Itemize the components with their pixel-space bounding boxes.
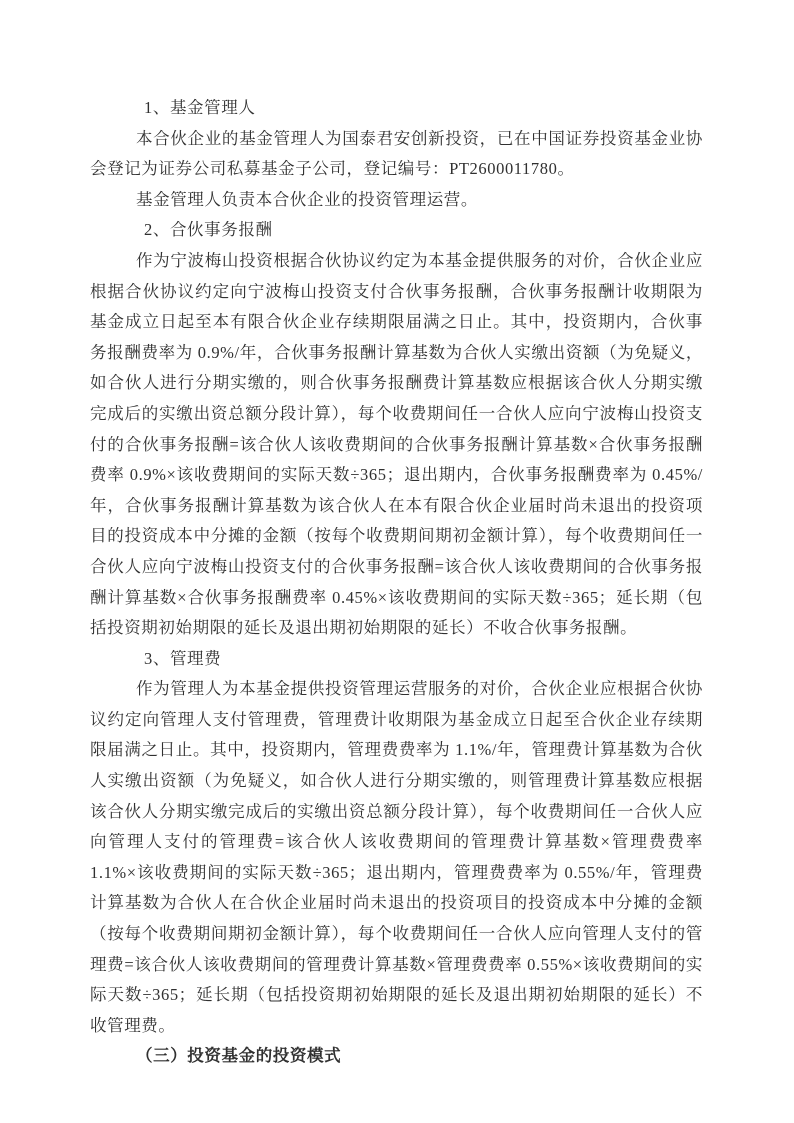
section-heading-management-fee: 3、管理费	[90, 644, 703, 675]
paragraph-partnership-remuneration-terms: 作为宁波梅山投资根据合伙协议约定为本基金提供服务的对价，合伙企业应根据合伙协议约…	[90, 246, 703, 644]
section-heading-investment-model: （三）投资基金的投资模式	[90, 1041, 703, 1072]
paragraph-management-fee-terms: 作为管理人为本基金提供投资管理运营服务的对价，合伙企业应根据合伙协议约定向管理人…	[90, 674, 703, 1041]
section-heading-fund-manager: 1、基金管理人	[90, 93, 703, 124]
paragraph-fund-manager-responsibility: 基金管理人负责本合伙企业的投资管理运营。	[90, 185, 703, 216]
paragraph-fund-manager-registration: 本合伙企业的基金管理人为国泰君安创新投资，已在中国证券投资基金业协会登记为证券公…	[90, 124, 703, 185]
section-heading-partnership-remuneration: 2、合伙事务报酬	[90, 215, 703, 246]
document-page: 1、基金管理人 本合伙企业的基金管理人为国泰君安创新投资，已在中国证券投资基金业…	[0, 0, 794, 1123]
